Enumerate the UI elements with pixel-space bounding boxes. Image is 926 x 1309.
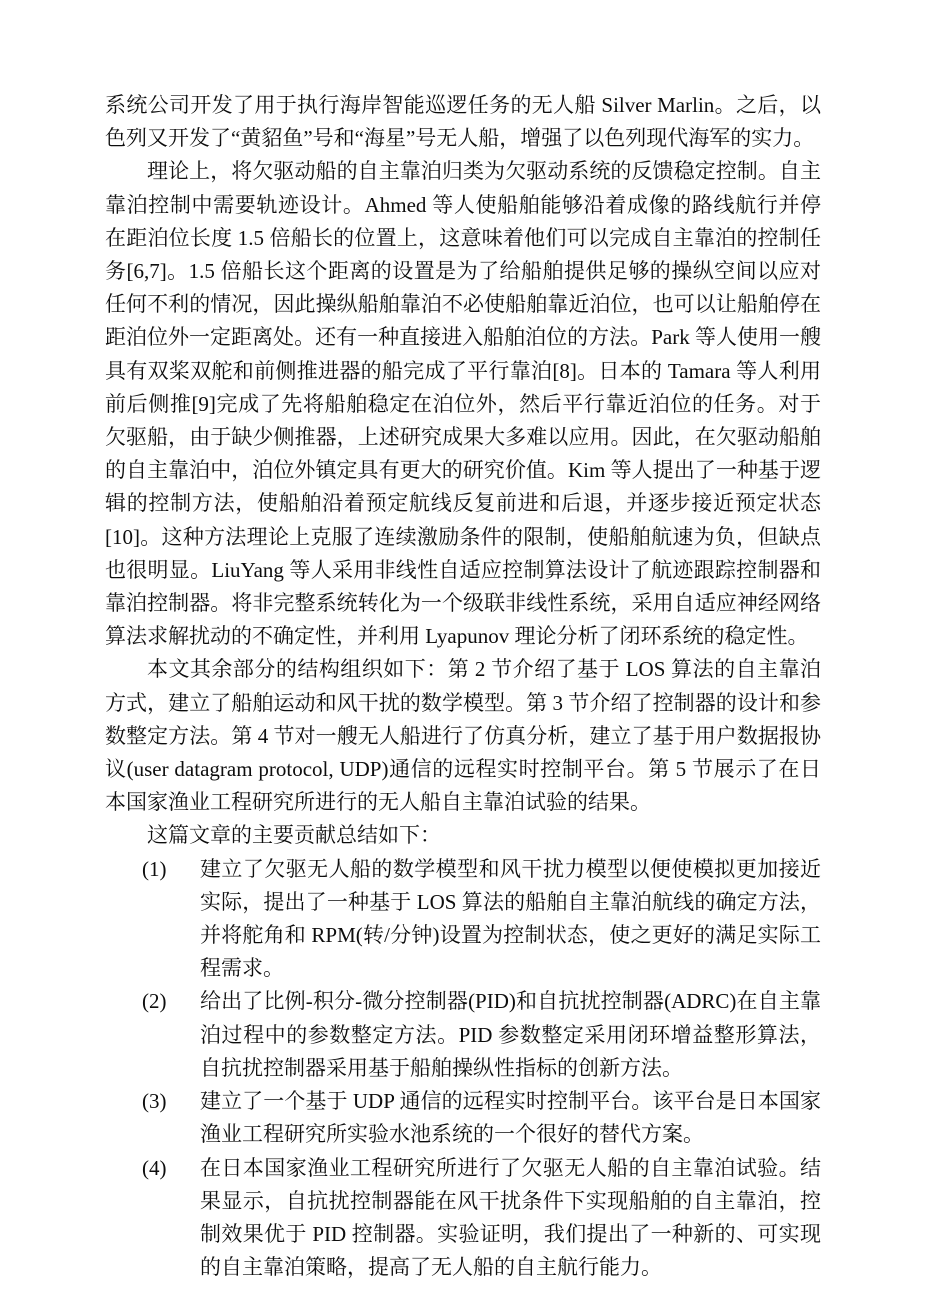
paragraph-contributions-lead-in: 这篇文章的主要贡献总结如下： — [105, 819, 821, 852]
paragraph-structure-overview: 本文其余部分的结构组织如下：第 2 节介绍了基于 LOS 算法的自主靠泊方式，建… — [105, 653, 821, 819]
list-item-text: 给出了比例-积分-微分控制器(PID)和自抗扰控制器(ADRC)在自主靠泊过程中… — [200, 989, 821, 1079]
list-marker: (3) — [142, 1085, 167, 1118]
paragraph-intro-continuation: 系统公司开发了用于执行海岸智能巡逻任务的无人船 Silver Marlin。之后… — [105, 89, 821, 155]
paragraph-theory-review: 理论上，将欠驱动船的自主靠泊归类为欠驱动系统的反馈稳定控制。自主靠泊控制中需要轨… — [105, 155, 821, 653]
list-item-contribution-3: (3) 建立了一个基于 UDP 通信的远程实时控制平台。该平台是日本国家渔业工程… — [105, 1085, 821, 1151]
list-item-contribution-4: (4) 在日本国家渔业工程研究所进行了欠驱无人船的自主靠泊试验。结果显示，自抗扰… — [105, 1152, 821, 1285]
list-item-text: 建立了一个基于 UDP 通信的远程实时控制平台。该平台是日本国家渔业工程研究所实… — [200, 1089, 821, 1146]
list-item-text: 在日本国家渔业工程研究所进行了欠驱无人船的自主靠泊试验。结果显示，自抗扰控制器能… — [200, 1156, 821, 1280]
list-marker: (2) — [142, 985, 167, 1018]
list-marker: (1) — [142, 853, 167, 886]
list-marker: (4) — [142, 1152, 167, 1185]
list-item-contribution-1: (1) 建立了欠驱无人船的数学模型和风干扰力模型以便使模拟更加接近实际，提出了一… — [105, 853, 821, 986]
list-item-contribution-2: (2) 给出了比例-积分-微分控制器(PID)和自抗扰控制器(ADRC)在自主靠… — [105, 985, 821, 1085]
document-page: 系统公司开发了用于执行海岸智能巡逻任务的无人船 Silver Marlin。之后… — [105, 89, 821, 1284]
list-item-text: 建立了欠驱无人船的数学模型和风干扰力模型以便使模拟更加接近实际，提出了一种基于 … — [200, 857, 821, 981]
